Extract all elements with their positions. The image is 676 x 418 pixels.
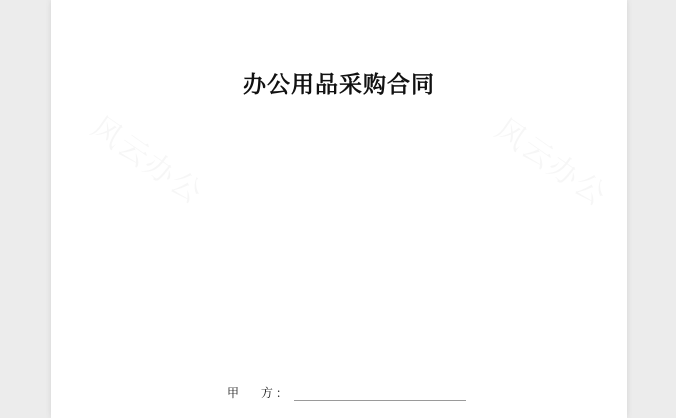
watermark: 风云办公 [84,103,214,212]
watermark: 风云办公 [488,105,618,214]
party-a-field: 甲 方 ： [227,384,466,401]
party-a-colon: ： [276,384,288,401]
document-page: 风云办公 风云办公 办公用品采购合同 甲 方 ： [51,0,627,418]
document-title: 办公用品采购合同 [51,66,627,99]
party-a-blank-line[interactable] [294,388,466,401]
party-a-label: 甲 方 [227,384,282,401]
